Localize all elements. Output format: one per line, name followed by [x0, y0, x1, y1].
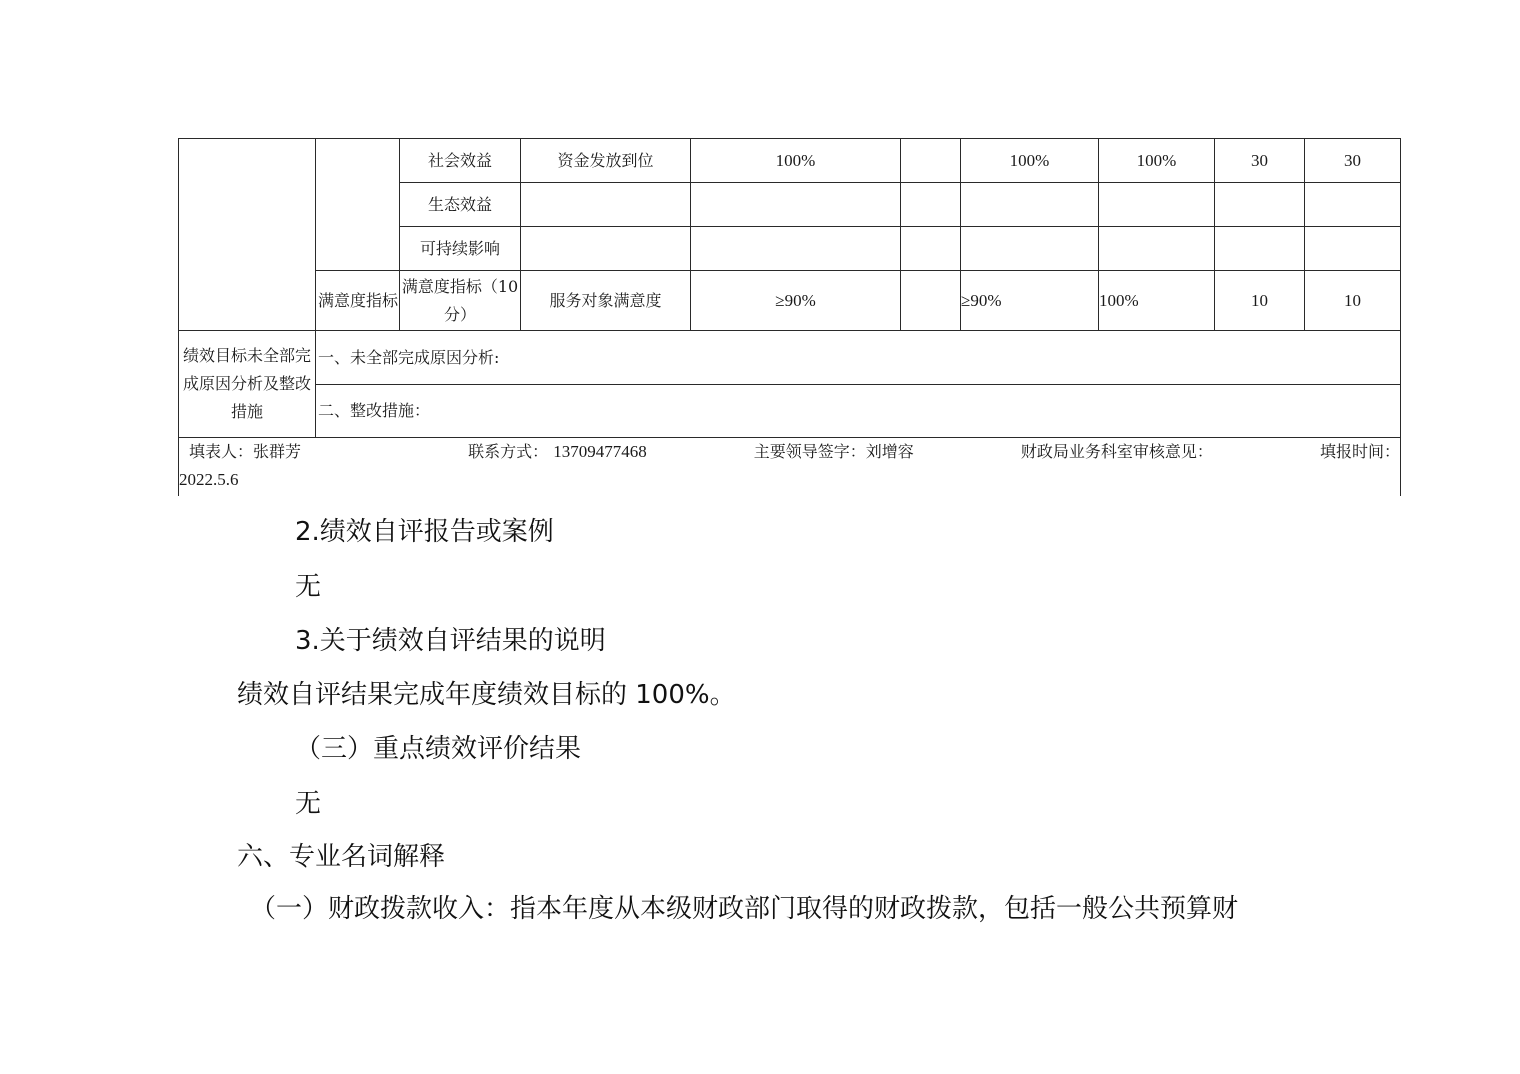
finance-review-label: 财政局业务科室审核意见： — [1021, 438, 1213, 466]
satisfaction-level1-cell: 满意度指标 — [316, 271, 400, 331]
rate-cell: 100% — [1099, 139, 1215, 183]
target-cell: 100% — [691, 139, 901, 183]
score-cell — [1305, 183, 1401, 227]
fill-time-label: 填报时间： — [1320, 438, 1400, 466]
satisfaction-score-cell: 10 — [1305, 271, 1401, 331]
contact-value: 13709477468 — [553, 442, 647, 461]
score-cell: 30 — [1305, 139, 1401, 183]
empty-level1-cell — [316, 139, 400, 271]
fill-time-value: 2022.5.6 — [179, 466, 1400, 494]
contact-info: 联系方式： 13709477468 — [468, 438, 647, 466]
satisfaction-target-cell: ≥90% — [691, 271, 901, 331]
weight-cell — [1215, 227, 1305, 271]
satisfaction-weight-cell: 10 — [1215, 271, 1305, 331]
blank-cell — [901, 227, 961, 271]
signature-line: 填表人：张群芳 联系方式： 13709477468 主要领导签字：刘增容 财政局… — [179, 438, 1400, 466]
satisfaction-rate-cell: 100% — [1099, 271, 1215, 331]
filler-label: 填表人：张群芳 — [189, 438, 301, 466]
empty-level0-cell — [179, 139, 316, 331]
table-row-signature: 填表人：张群芳 联系方式： 13709477468 主要领导签字：刘增容 财政局… — [179, 438, 1401, 497]
satisfaction-actual-cell: ≥90% — [961, 271, 1099, 331]
level2-cell: 生态效益 — [400, 183, 521, 227]
rate-cell — [1099, 227, 1215, 271]
table-row-analysis-reason: 绩效目标未全部完成原因分析及整改措施 一、未全部完成原因分析: — [179, 331, 1401, 385]
text-key-eval-results: 无 — [295, 789, 321, 819]
target-cell — [691, 183, 901, 227]
weight-cell: 30 — [1215, 139, 1305, 183]
blank-cell — [901, 183, 961, 227]
table-row-satisfaction: 满意度指标 满意度指标（10分） 服务对象满意度 ≥90% ≥90% 100% … — [179, 271, 1401, 331]
rate-cell — [1099, 183, 1215, 227]
text-self-eval-explanation: 绩效自评结果完成年度绩效目标的 100%。 — [237, 680, 736, 710]
score-cell — [1305, 227, 1401, 271]
blank-cell — [901, 139, 961, 183]
actual-cell — [961, 183, 1099, 227]
heading-self-eval-report: 2.绩效自评报告或案例 — [295, 517, 554, 547]
satisfaction-indicator-cell: 服务对象满意度 — [521, 271, 691, 331]
performance-table: 社会效益 资金发放到位 100% 100% 100% 30 30 生态效益 可持… — [178, 138, 1401, 496]
table-row: 社会效益 资金发放到位 100% 100% 100% 30 30 — [179, 139, 1401, 183]
analysis-label-cell: 绩效目标未全部完成原因分析及整改措施 — [179, 331, 316, 438]
satisfaction-level2-cell: 满意度指标（10分） — [400, 271, 521, 331]
level2-cell: 可持续影响 — [400, 227, 521, 271]
heading-self-eval-explanation: 3.关于绩效自评结果的说明 — [295, 626, 606, 656]
text-terminology-1: （一）财政拨款收入：指本年度从本级财政部门取得的财政拨款，包括一般公共预算财 — [250, 894, 1238, 924]
contact-label: 联系方式： — [468, 442, 548, 461]
target-cell — [691, 227, 901, 271]
heading-terminology: 六、专业名词解释 — [237, 842, 445, 872]
level2-cell: 社会效益 — [400, 139, 521, 183]
indicator-cell: 资金发放到位 — [521, 139, 691, 183]
analysis-reason-cell: 一、未全部完成原因分析: — [316, 331, 1401, 385]
table-row-analysis-measures: 二、整改措施： — [179, 385, 1401, 438]
signature-cell: 填表人：张群芳 联系方式： 13709477468 主要领导签字：刘增容 财政局… — [179, 438, 1401, 497]
analysis-measures-cell: 二、整改措施： — [316, 385, 1401, 438]
heading-key-eval-results: （三）重点绩效评价结果 — [295, 734, 581, 764]
text-self-eval-report: 无 — [295, 572, 321, 602]
weight-cell — [1215, 183, 1305, 227]
satisfaction-blank-cell — [901, 271, 961, 331]
leader-signature: 主要领导签字：刘增容 — [754, 438, 914, 466]
actual-cell: 100% — [961, 139, 1099, 183]
indicator-cell — [521, 183, 691, 227]
indicator-cell — [521, 227, 691, 271]
actual-cell — [961, 227, 1099, 271]
